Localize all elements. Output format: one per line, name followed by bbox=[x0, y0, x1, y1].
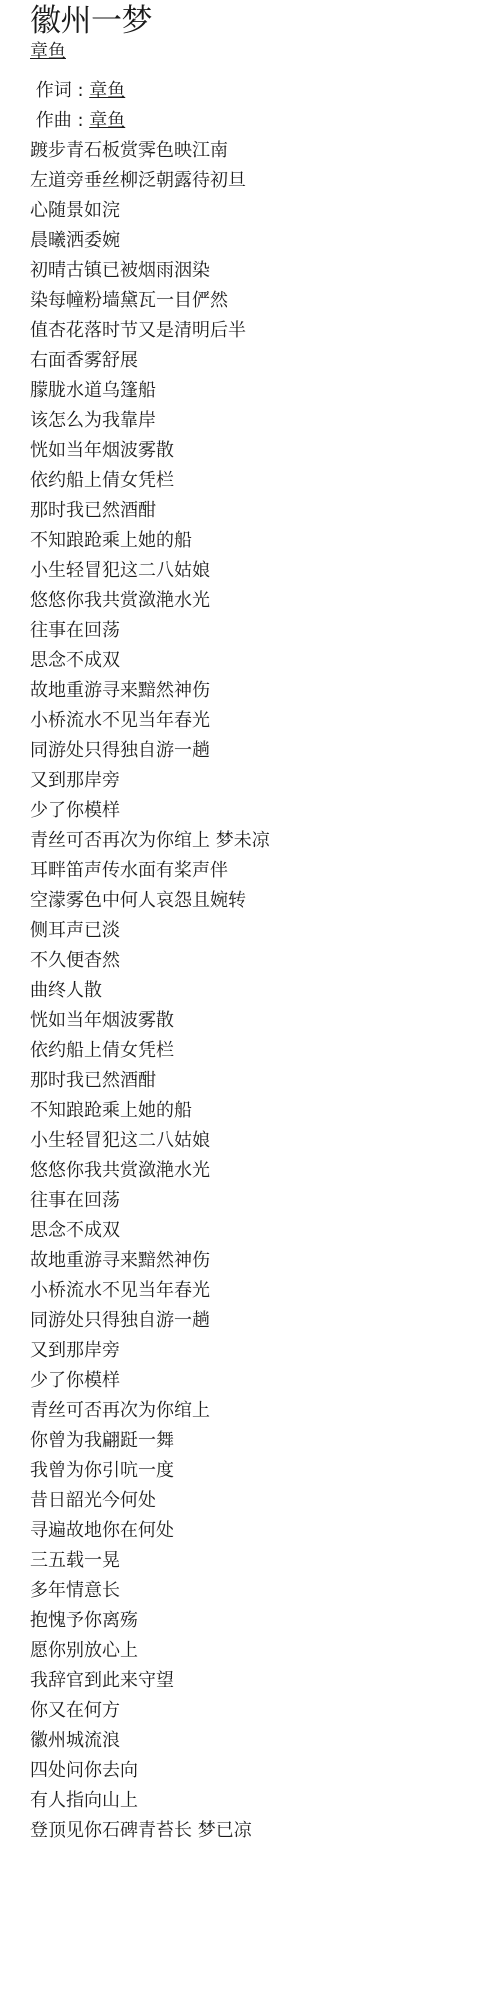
lyricist-link[interactable]: 章鱼 bbox=[89, 80, 125, 101]
lyric-line: 朦胧水道乌篷船 bbox=[30, 376, 500, 406]
lyric-line: 右面香雾舒展 bbox=[30, 346, 500, 376]
lyricist-credit: 作词 : 章鱼 bbox=[30, 76, 500, 106]
lyric-line: 少了你模样 bbox=[30, 796, 500, 826]
composer-link[interactable]: 章鱼 bbox=[89, 110, 125, 131]
lyric-line: 染每幢粉墙黛瓦一目俨然 bbox=[30, 286, 500, 316]
lyric-line: 又到那岸旁 bbox=[30, 766, 500, 796]
lyric-line: 心随景如浣 bbox=[30, 196, 500, 226]
lyric-line: 抱愧予你离殇 bbox=[30, 1606, 500, 1636]
lyric-line: 悠悠你我共赏潋滟水光 bbox=[30, 1156, 500, 1186]
lyric-line: 你曾为我翩跹一舞 bbox=[30, 1426, 500, 1456]
lyric-line: 往事在回荡 bbox=[30, 616, 500, 646]
lyric-line: 该怎么为我靠岸 bbox=[30, 406, 500, 436]
lyric-line: 少了你模样 bbox=[30, 1366, 500, 1396]
lyric-line: 我曾为你引吭一度 bbox=[30, 1456, 500, 1486]
song-title: 徽州一梦 bbox=[30, 2, 500, 40]
lyric-line: 思念不成双 bbox=[30, 646, 500, 676]
lyric-line: 登顶见你石碑青苔长 梦已凉 bbox=[30, 1816, 500, 1846]
lyric-line: 空濛雾色中何人哀怨且婉转 bbox=[30, 886, 500, 916]
lyric-line: 小生轻冒犯这二八姑娘 bbox=[30, 556, 500, 586]
lyric-line: 故地重游寻来黯然神伤 bbox=[30, 676, 500, 706]
lyric-line: 思念不成双 bbox=[30, 1216, 500, 1246]
lyric-line: 左道旁垂丝柳泛朝露待初旦 bbox=[30, 166, 500, 196]
lyric-line: 恍如当年烟波雾散 bbox=[30, 436, 500, 466]
lyric-line: 故地重游寻来黯然神伤 bbox=[30, 1246, 500, 1276]
lyric-line: 小生轻冒犯这二八姑娘 bbox=[30, 1126, 500, 1156]
lyric-line: 曲终人散 bbox=[30, 976, 500, 1006]
lyric-line: 我辞官到此来守望 bbox=[30, 1666, 500, 1696]
lyrics-list: 踱步青石板赏霁色映江南左道旁垂丝柳泛朝露待初旦心随景如浣晨曦洒委婉初晴古镇已被烟… bbox=[30, 136, 500, 1846]
lyric-line: 多年情意长 bbox=[30, 1576, 500, 1606]
composer-label: 作曲 : bbox=[30, 110, 89, 131]
lyric-line: 同游处只得独自游一趟 bbox=[30, 1306, 500, 1336]
lyric-line: 侧耳声已淡 bbox=[30, 916, 500, 946]
lyric-line: 晨曦洒委婉 bbox=[30, 226, 500, 256]
lyric-line: 青丝可否再次为你绾上 bbox=[30, 1396, 500, 1426]
lyric-line: 又到那岸旁 bbox=[30, 1336, 500, 1366]
lyric-line: 昔日韶光今何处 bbox=[30, 1486, 500, 1516]
lyric-line: 徽州城流浪 bbox=[30, 1726, 500, 1756]
lyric-line: 不知踉跄乘上她的船 bbox=[30, 526, 500, 556]
lyric-line: 寻遍故地你在何处 bbox=[30, 1516, 500, 1546]
lyric-line: 依约船上倩女凭栏 bbox=[30, 466, 500, 496]
lyric-line: 有人指向山上 bbox=[30, 1786, 500, 1816]
lyric-line: 小桥流水不见当年春光 bbox=[30, 1276, 500, 1306]
lyric-line: 依约船上倩女凭栏 bbox=[30, 1036, 500, 1066]
lyric-line: 同游处只得独自游一趟 bbox=[30, 736, 500, 766]
lyric-line: 恍如当年烟波雾散 bbox=[30, 1006, 500, 1036]
lyric-line: 那时我已然酒酣 bbox=[30, 1066, 500, 1096]
lyric-line: 不久便杳然 bbox=[30, 946, 500, 976]
lyric-line: 往事在回荡 bbox=[30, 1186, 500, 1216]
lyric-line: 耳畔笛声传水面有桨声伴 bbox=[30, 856, 500, 886]
lyric-line: 三五载一晃 bbox=[30, 1546, 500, 1576]
credits: 作词 : 章鱼 作曲 : 章鱼 bbox=[30, 76, 500, 136]
artist-link[interactable]: 章鱼 bbox=[30, 41, 66, 62]
lyric-line: 初晴古镇已被烟雨洇染 bbox=[30, 256, 500, 286]
lyric-line: 值杏花落时节又是清明后半 bbox=[30, 316, 500, 346]
lyric-line: 踱步青石板赏霁色映江南 bbox=[30, 136, 500, 166]
lyric-line: 悠悠你我共赏潋滟水光 bbox=[30, 586, 500, 616]
lyric-line: 那时我已然酒酣 bbox=[30, 496, 500, 526]
lyric-line: 愿你别放心上 bbox=[30, 1636, 500, 1666]
lyric-line: 小桥流水不见当年春光 bbox=[30, 706, 500, 736]
lyric-line: 四处问你去向 bbox=[30, 1756, 500, 1786]
lyric-line: 青丝可否再次为你绾上 梦未凉 bbox=[30, 826, 500, 856]
lyrics-page: 徽州一梦 章鱼 作词 : 章鱼 作曲 : 章鱼 踱步青石板赏霁色映江南左道旁垂丝… bbox=[0, 0, 500, 1846]
lyric-line: 你又在何方 bbox=[30, 1696, 500, 1726]
lyricist-label: 作词 : bbox=[30, 80, 89, 101]
lyric-line: 不知踉跄乘上她的船 bbox=[30, 1096, 500, 1126]
artist-line: 章鱼 bbox=[30, 40, 500, 64]
composer-credit: 作曲 : 章鱼 bbox=[30, 106, 500, 136]
